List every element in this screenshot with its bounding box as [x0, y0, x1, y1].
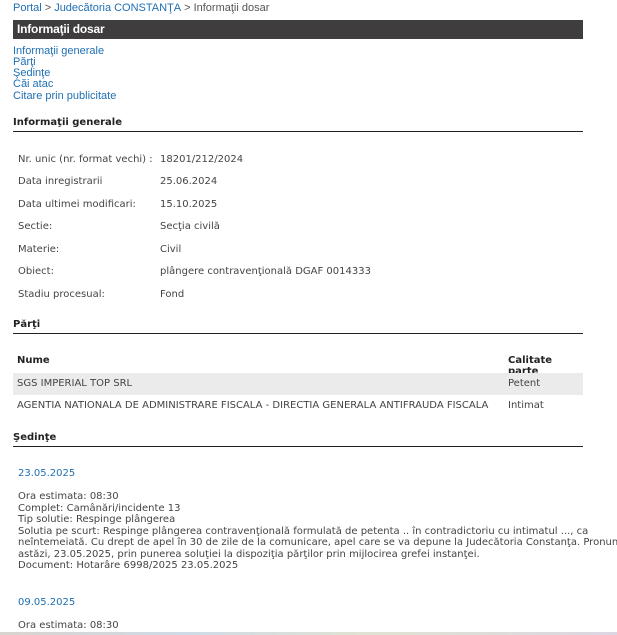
- page-title: Informaţii dosar: [17, 22, 104, 36]
- info-value: Civil: [160, 244, 181, 255]
- section-heading-general-info: Informaţii generale: [13, 117, 583, 132]
- section-anchor-nav: Informaţii generale Părţi Şedinţe Căi at…: [13, 46, 116, 102]
- info-row-registration-date: Data inregistrarii 25.06.2024: [18, 176, 578, 190]
- info-value: 25.06.2024: [160, 176, 217, 187]
- hearing-solution-summary-line: neîntemeiată. Cu drept de apel în 30 de …: [18, 537, 583, 549]
- breadcrumb: Portal>Judecătoria CONSTANŢA>Informaţii …: [13, 2, 269, 14]
- info-label: Stadiu procesual:: [18, 289, 105, 300]
- info-label: Obiect:: [18, 266, 54, 277]
- table-row: SGS IMPERIAL TOP SRL Petent: [13, 373, 583, 395]
- parties-table-header: Nume Calitate parte: [13, 355, 583, 369]
- info-value: Fond: [160, 289, 184, 300]
- breadcrumb-current: Informaţii dosar: [194, 2, 270, 14]
- section-title: Informaţii generale: [13, 117, 122, 128]
- hearing-solution-summary-line: Solutia pe scurt: Respinge plângerea con…: [18, 526, 583, 538]
- info-row-matter: Materie: Civil: [18, 244, 578, 258]
- party-role: Intimat: [508, 400, 544, 411]
- section-heading-parties: Părţi: [13, 319, 583, 334]
- party-name: AGENTIA NATIONALA DE ADMINISTRARE FISCAL…: [17, 400, 488, 411]
- hearing-solution-type: Tip solutie: Respinge plângerea: [18, 514, 583, 526]
- info-row-last-modified: Data ultimei modificari: 15.10.2025: [18, 199, 578, 213]
- hearing-estimated-time: Ora estimata: 08:30: [18, 620, 583, 632]
- breadcrumb-separator: >: [45, 2, 51, 14]
- party-role: Petent: [508, 378, 540, 389]
- column-header-name: Nume: [17, 355, 50, 366]
- hearing-solution-summary-line: astăzi, 23.05.2025, prin punerea soluţie…: [18, 549, 583, 561]
- info-label: Materie:: [18, 244, 59, 255]
- info-value: Secţia civilă: [160, 221, 220, 232]
- breadcrumb-court-link[interactable]: Judecătoria CONSTANŢA: [54, 2, 181, 14]
- info-label: Data ultimei modificari:: [18, 199, 136, 210]
- section-title: Şedinţe: [13, 432, 56, 443]
- info-label: Data inregistrarii: [18, 176, 102, 187]
- info-label: Sectie:: [18, 221, 52, 232]
- hearing-panel: Complet: Camânări/incidente 13: [18, 503, 583, 515]
- anchor-link-appeals[interactable]: Căi atac: [13, 79, 116, 90]
- info-label: Nr. unic (nr. format vechi) :: [18, 154, 153, 165]
- hearing-details: Ora estimata: 08:30: [18, 620, 583, 632]
- info-row-procedural-stage: Stadiu procesual: Fond: [18, 289, 578, 303]
- info-value: plângere contravenţională DGAF 0014333: [160, 266, 371, 277]
- page-title-bar: Informaţii dosar: [13, 20, 583, 39]
- info-row-section: Sectie: Secţia civilă: [18, 221, 578, 235]
- info-value: 18201/212/2024: [160, 154, 243, 165]
- hearing-estimated-time: Ora estimata: 08:30: [18, 491, 583, 503]
- info-row-object: Obiect: plângere contravenţională DGAF 0…: [18, 266, 578, 280]
- info-value: 15.10.2025: [160, 199, 217, 210]
- hearing-date-link[interactable]: 23.05.2025: [18, 468, 75, 479]
- hearing-date-link[interactable]: 09.05.2025: [18, 597, 75, 608]
- section-title: Părţi: [13, 319, 40, 330]
- breadcrumb-portal-link[interactable]: Portal: [13, 2, 42, 14]
- hearing-details: Ora estimata: 08:30 Complet: Camânări/in…: [18, 491, 583, 572]
- party-name: SGS IMPERIAL TOP SRL: [17, 378, 132, 389]
- hearing-document: Document: Hotarâre 6998/2025 23.05.2025: [18, 560, 583, 572]
- info-row-case-number: Nr. unic (nr. format vechi) : 18201/212/…: [18, 154, 578, 168]
- section-heading-hearings: Şedinţe: [13, 432, 583, 447]
- table-row: AGENTIA NATIONALA DE ADMINISTRARE FISCAL…: [13, 395, 583, 417]
- anchor-link-public-summons[interactable]: Citare prin publicitate: [13, 91, 116, 102]
- breadcrumb-separator: >: [184, 2, 190, 14]
